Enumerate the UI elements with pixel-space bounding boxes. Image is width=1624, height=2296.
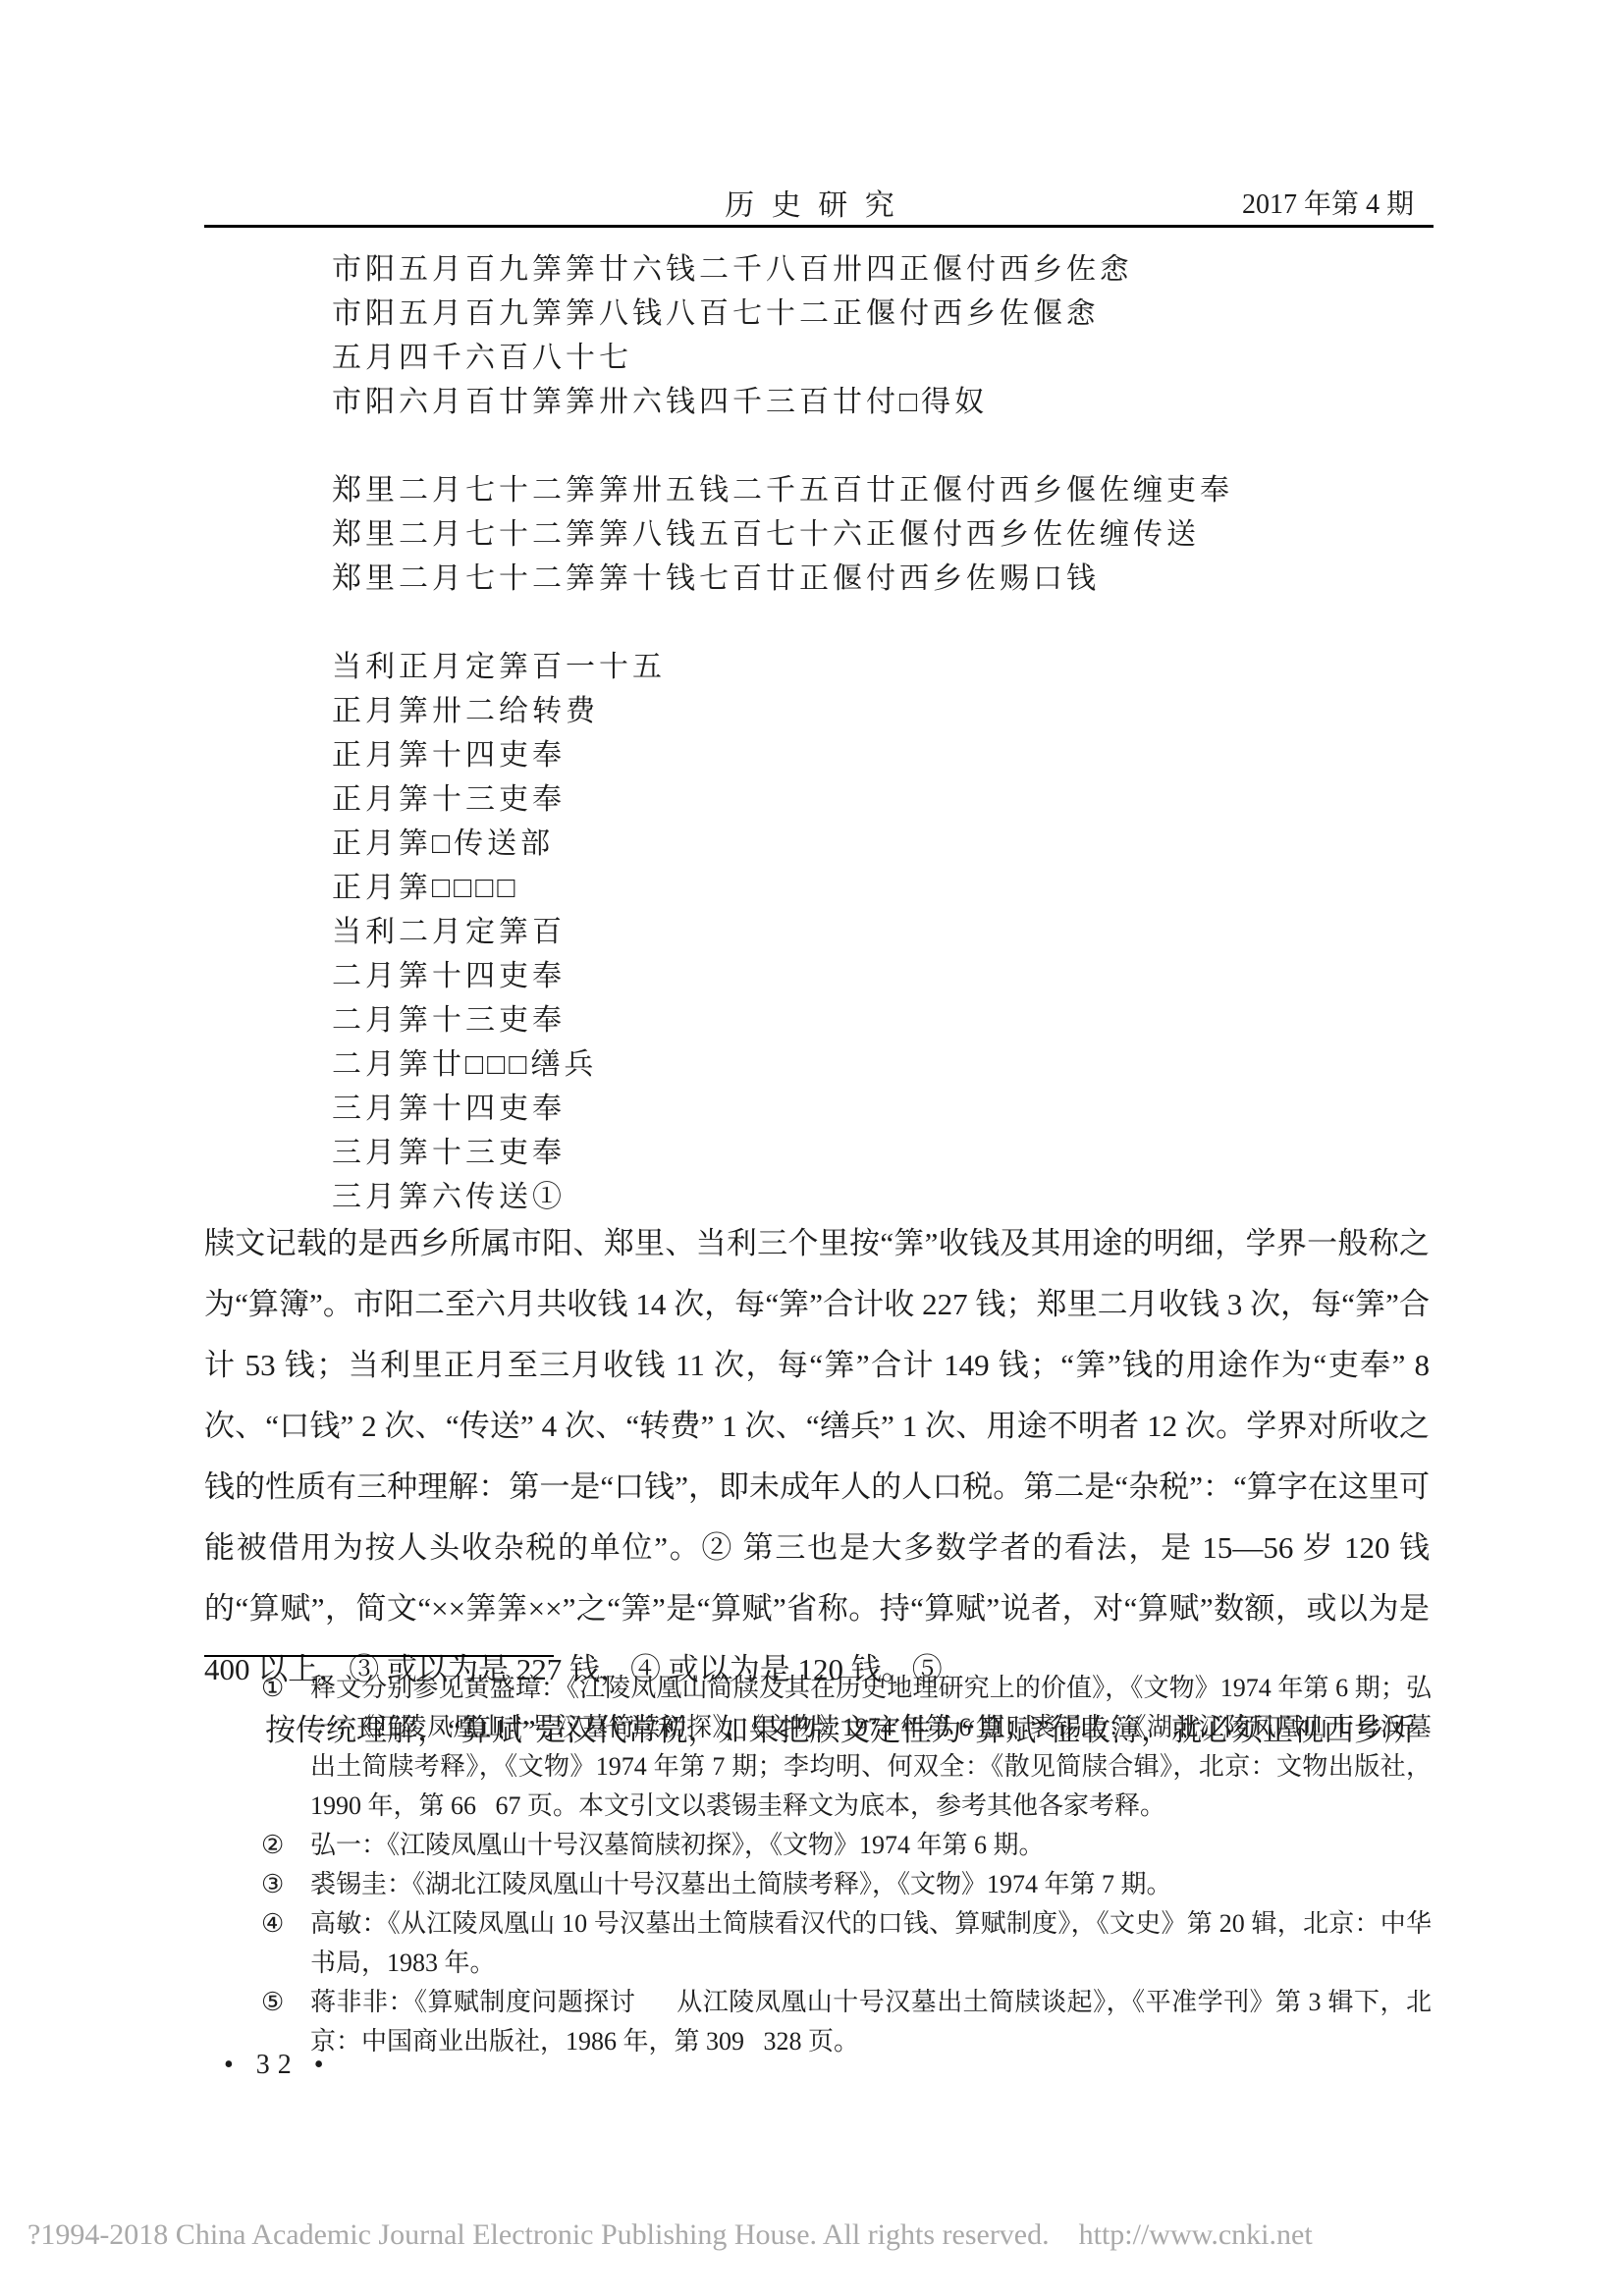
cnki-watermark: ?1994-2018 China Academic Journal Electr… (27, 2218, 1313, 2252)
header-rule (204, 225, 1434, 228)
excerpt-line: 正月筭十四吏奉 (332, 733, 1233, 777)
excerpt-line: 二月筭十四吏奉 (332, 954, 1233, 998)
footnote: ⑤ 蒋非非：《算赋制度问题探讨 从江陵凤凰山十号汉墓出土简牍谈起》，《平准学刊》… (204, 1983, 1432, 2061)
excerpt-line: 郑里二月七十二筭筭八钱五百七十六正偃付西乡佐佐缠传送 (332, 512, 1233, 557)
excerpt-block-zhengli: 郑里二月七十二筭筭卅五钱二千五百廿正偃付西乡偃佐缠吏奉 郑里二月七十二筭筭八钱五… (332, 468, 1233, 601)
footnote: ① 释文分别参见黄盛璋：《江陵凤凰山简牍及其在历史地理研究上的价值》，《文物》1… (204, 1669, 1432, 1826)
paragraph-analysis: 牍文记载的是西乡所属市阳、郑里、当利三个里按“筭”收钱及其用途的明细，学界一般称… (204, 1213, 1430, 1700)
excerpt-line: 正月筭十三吏奉 (332, 777, 1233, 822)
excerpt-block-shiyang: 市阳五月百九筭筭廿六钱二千八百卅四正偃付西乡佐悆 市阳五月百九筭筭八钱八百七十二… (332, 247, 1233, 424)
footnote: ④ 高敏：《从江陵凤凰山 10 号汉墓出土简牍看汉代的口钱、算赋制度》，《文史》… (204, 1904, 1432, 1983)
footnote-text: 高敏：《从江陵凤凰山 10 号汉墓出土简牍看汉代的口钱、算赋制度》，《文史》第 … (310, 1904, 1432, 1983)
excerpt-line: 郑里二月七十二筭筭十钱七百廿正偃付西乡佐赐口钱 (332, 557, 1233, 601)
footnote-text: 释文分别参见黄盛璋：《江陵凤凰山简牍及其在历史地理研究上的价值》，《文物》197… (310, 1669, 1432, 1826)
footnote: ③ 裘锡圭：《湖北江陵凤凰山十号汉墓出土简牍考释》，《文物》1974 年第 7 … (204, 1865, 1432, 1904)
excerpt-line: 正月筭□传送部 (332, 822, 1233, 866)
excerpt-line: 当利正月定筭百一十五 (332, 645, 1233, 689)
footnote-marker: ③ (261, 1865, 310, 1904)
excerpt-line: 二月筭十三吏奉 (332, 998, 1233, 1042)
excerpt-line: 三月筭十三吏奉 (332, 1131, 1233, 1175)
excerpt-line: 郑里二月七十二筭筭卅五钱二千五百廿正偃付西乡偃佐缠吏奉 (332, 468, 1233, 512)
excerpt-line: 市阳五月百九筭筭廿六钱二千八百卅四正偃付西乡佐悆 (332, 247, 1233, 292)
excerpt-line: 三月筭十四吏奉 (332, 1087, 1233, 1131)
issue-info: 2017 年第 4 期 (1242, 183, 1414, 222)
excerpt-line: 市阳五月百九筭筭八钱八百七十二正偃付西乡佐偃悆 (332, 292, 1233, 336)
excerpt-line: 市阳六月百廿筭筭卅六钱四千三百廿付□得奴 (332, 380, 1233, 424)
footnote-marker: ② (261, 1826, 310, 1865)
footnote-text: 蒋非非：《算赋制度问题探讨 从江陵凤凰山十号汉墓出土简牍谈起》，《平准学刊》第 … (310, 1983, 1432, 2061)
footnotes: ① 释文分别参见黄盛璋：《江陵凤凰山简牍及其在历史地理研究上的价值》，《文物》1… (204, 1669, 1432, 2061)
footnote-text: 裘锡圭：《湖北江陵凤凰山十号汉墓出土简牍考释》，《文物》1974 年第 7 期。 (310, 1865, 1432, 1904)
page-number: • 32 • (224, 2050, 332, 2081)
footnote-separator (204, 1655, 554, 1657)
excerpt-block-dangli: 当利正月定筭百一十五 正月筭卅二给转费 正月筭十四吏奉 正月筭十三吏奉 正月筭□… (332, 645, 1233, 1219)
footnote: ② 弘一：《江陵凤凰山十号汉墓简牍初探》，《文物》1974 年第 6 期。 (204, 1826, 1432, 1865)
footnote-text: 弘一：《江陵凤凰山十号汉墓简牍初探》，《文物》1974 年第 6 期。 (310, 1826, 1432, 1865)
excerpt-line: 当利二月定筭百 (332, 910, 1233, 954)
footnote-marker: ① (261, 1669, 310, 1826)
excerpt-line: 五月四千六百八十七 (332, 336, 1233, 380)
excerpt-line: 正月筭卅二给转费 (332, 689, 1233, 733)
excerpt-line: 正月筭□□□□ (332, 866, 1233, 910)
excerpt-line: 二月筭廿□□□缮兵 (332, 1042, 1233, 1087)
journal-page: 历 史 研 究 2017 年第 4 期 市阳五月百九筭筭廿六钱二千八百卅四正偃付… (0, 0, 1624, 2296)
footnote-marker: ④ (261, 1904, 310, 1983)
document-excerpt: 市阳五月百九筭筭廿六钱二千八百卅四正偃付西乡佐悆 市阳五月百九筭筭八钱八百七十二… (332, 247, 1233, 1263)
